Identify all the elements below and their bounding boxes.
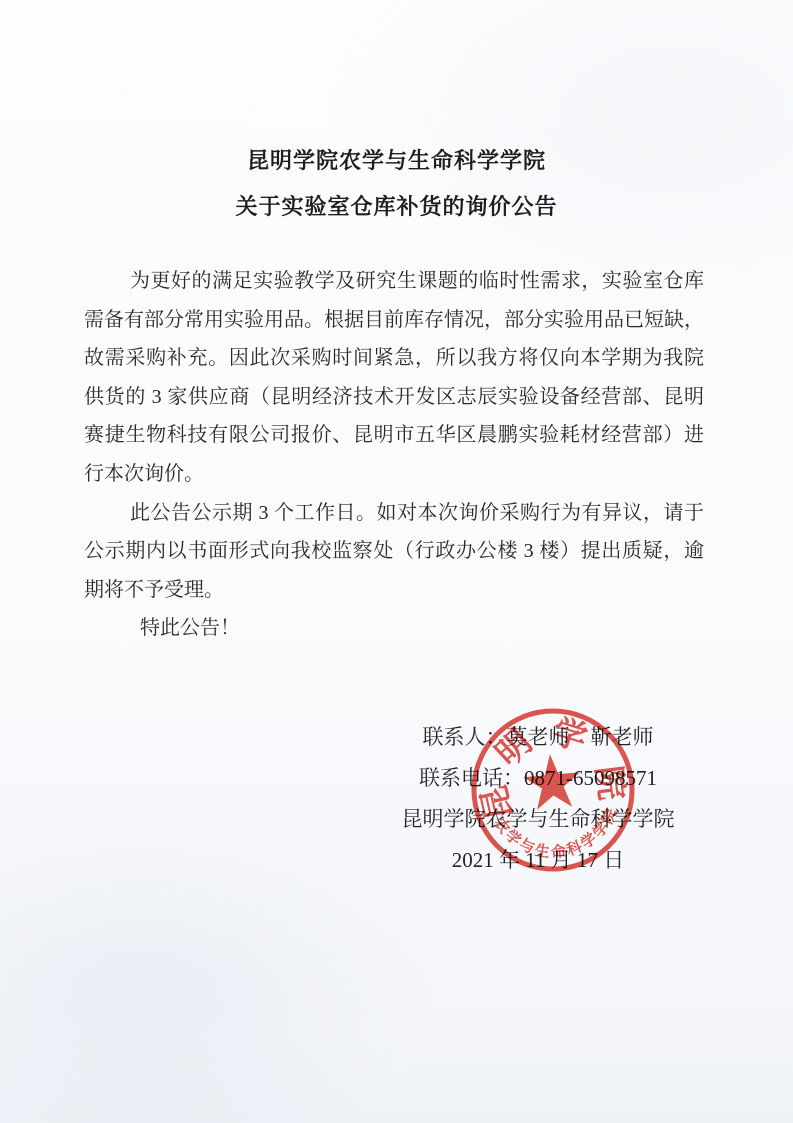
official-seal-stamp: 昆 明 学 院 农学与生命科学学院 — [448, 685, 658, 895]
title-line-1: 昆明学院农学与生命科学学院 — [0, 138, 793, 184]
body-line: 特此公告！ — [84, 609, 704, 648]
scanned-document-page: 昆明学院农学与生命科学学院 关于实验室仓库补货的询价公告 为更好的满足实验教学及… — [0, 0, 793, 1123]
star-icon — [521, 752, 583, 811]
seal-group: 昆 明 学 院 农学与生命科学学院 — [467, 704, 638, 875]
seal-top-char: 明 — [489, 723, 540, 774]
body-line: 期将不予受理。 — [84, 571, 704, 610]
body-line: 行本次询价。 — [84, 455, 704, 494]
document-body: 为更好的满足实验教学及研究生课题的临时性需求，实验室仓库 需备有部分常用实验用品… — [84, 262, 704, 648]
seal-top-char: 院 — [589, 764, 631, 802]
body-line: 为更好的满足实验教学及研究生课题的临时性需求，实验室仓库 — [84, 262, 704, 301]
body-line: 需备有部分常用实验用品。根据目前库存情况，部分实验用品已短缺， — [84, 301, 704, 340]
body-line: 公示期内以书面形式向我校监察处（行政办公楼 3 楼）提出质疑，逾 — [84, 532, 704, 571]
title-line-2: 关于实验室仓库补货的询价公告 — [0, 184, 793, 230]
body-line: 此公告公示期 3 个工作日。如对本次询价采购行为有异议，请于 — [84, 494, 704, 533]
body-line: 赛捷生物科技有限公司报价、昆明市五华区晨鹏实验耗材经营部）进 — [84, 416, 704, 455]
seal-top-char: 昆 — [475, 782, 520, 824]
document-title: 昆明学院农学与生命科学学院 关于实验室仓库补货的询价公告 — [0, 138, 793, 230]
body-line: 供货的 3 家供应商（昆明经济技术开发区志辰实验设备经营部、昆明 — [84, 378, 704, 417]
body-line: 故需采购补充。因此次采购时间紧急，所以我方将仅向本学期为我院 — [84, 339, 704, 378]
